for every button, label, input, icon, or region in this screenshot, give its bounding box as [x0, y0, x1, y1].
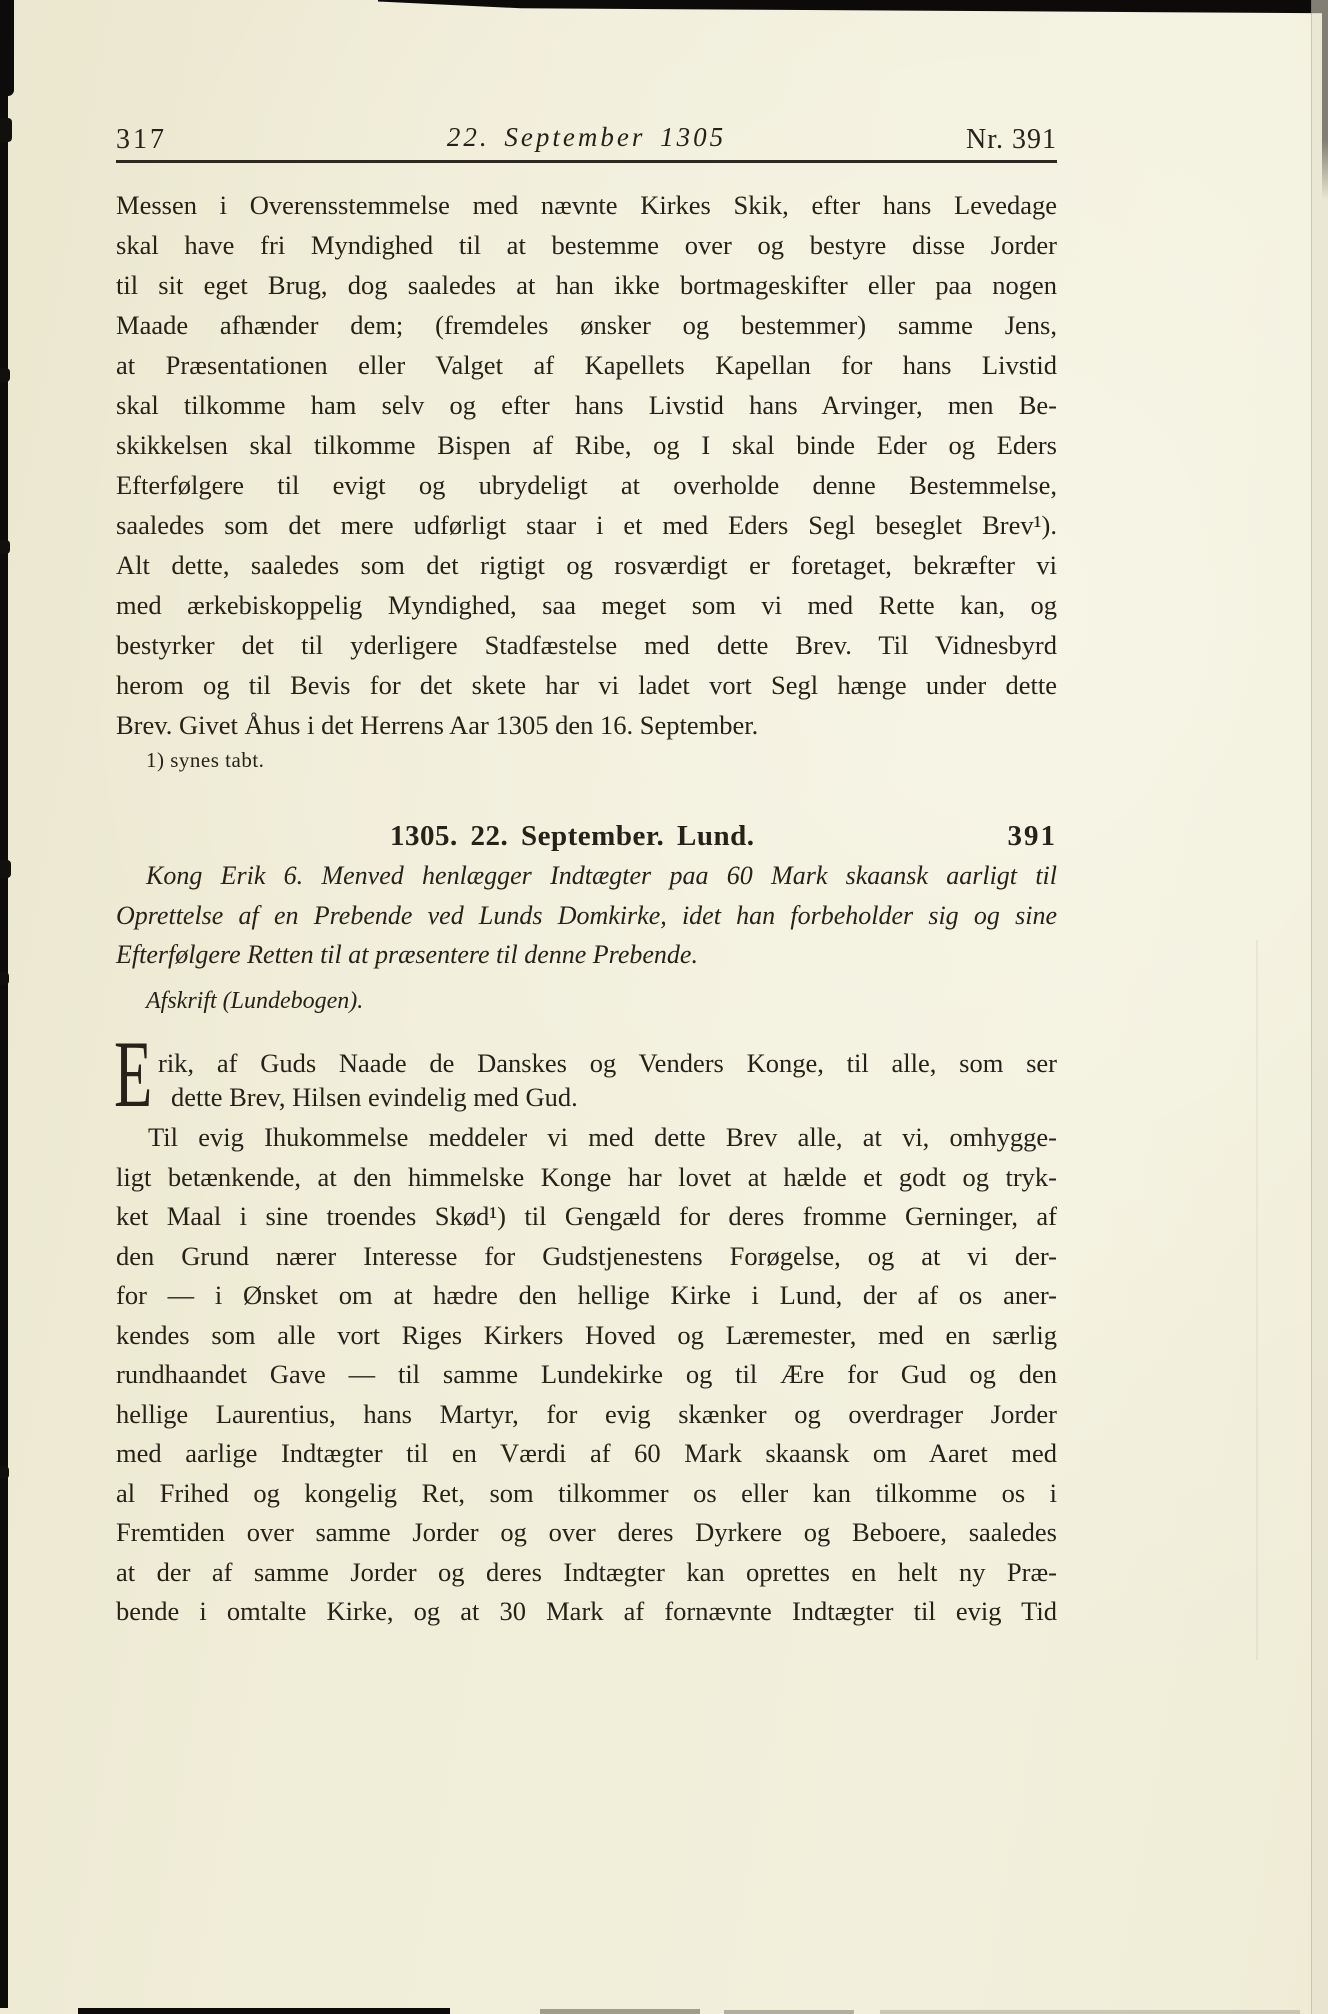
- page-edge-shadow: [1311, 0, 1328, 2014]
- text-column: 317 22. September 1305 Nr. 391 Messen i …: [116, 0, 1057, 2014]
- running-title: 22. September 1305: [447, 122, 726, 153]
- text-line: skal have fri Myndighed til at bestemme …: [116, 225, 1057, 265]
- text-line: ket Maal i sine troendes Skød¹) til Geng…: [116, 1197, 1057, 1237]
- text-line: at Præsentationen eller Valget af Kapell…: [116, 345, 1057, 385]
- scan-blemish: [0, 118, 12, 142]
- text-line: med aarlige Indtægter til en Værdi af 60…: [116, 1434, 1057, 1474]
- text-line: hellige Laurentius, hans Martyr, for evi…: [116, 1395, 1057, 1435]
- text-line: med ærkebiskoppelig Myndighed, saa meget…: [116, 585, 1057, 625]
- entry-number-label: Nr. 391: [966, 124, 1057, 156]
- entry-date-place: 1305. 22. September. Lund.: [390, 820, 755, 853]
- text-line: bestyrker det til yderligere Stadfæstels…: [116, 625, 1057, 665]
- entry-391-opening: rik, af Guds Naade de Danskes og Venders…: [116, 1046, 1057, 1114]
- scan-blemish: [0, 860, 11, 878]
- text-line: dette Brev, Hilsen evindelig med Gud.: [116, 1080, 1057, 1114]
- scan-blemish: [0, 1466, 9, 1479]
- page-header: 317 22. September 1305 Nr. 391: [116, 122, 1057, 164]
- entry-391-heading: 1305. 22. September. Lund. 391: [116, 820, 1057, 856]
- scanned-book-page: 317 22. September 1305 Nr. 391 Messen i …: [0, 0, 1328, 2014]
- scan-edge-left: [0, 0, 8, 2008]
- footnote-390: 1) synes tabt.: [146, 748, 264, 773]
- scan-blemish: [0, 540, 10, 554]
- text-line: Oprettelse af en Prebende ved Lunds Domk…: [116, 896, 1057, 936]
- text-line: rundhaandet Gave — til samme Lundekirke …: [116, 1355, 1057, 1395]
- entry-391-body: Til evig Ihukommelse meddeler vi med det…: [116, 1118, 1057, 1632]
- text-line: herom og til Bevis for det skete har vi …: [116, 665, 1057, 705]
- text-line: rik, af Guds Naade de Danskes og Venders…: [116, 1046, 1057, 1080]
- text-line: Til evig Ihukommelse meddeler vi med det…: [116, 1118, 1057, 1158]
- text-line: saaledes som det mere udførligt staar i …: [116, 505, 1057, 545]
- text-line: Kong Erik 6. Menved henlægger Indtægter …: [116, 856, 1057, 896]
- text-line: Efterfølgere til evigt og ubrydeligt at …: [116, 465, 1057, 505]
- page-number: 317: [116, 124, 167, 156]
- source-note: Afskrift (Lundebogen).: [146, 988, 363, 1015]
- entry-391-summary: Kong Erik 6. Menved henlægger Indtægter …: [116, 856, 1057, 975]
- text-line: Messen i Overensstemmelse med nævnte Kir…: [116, 185, 1057, 225]
- text-line: ligt betænkende, at den himmelske Konge …: [116, 1158, 1057, 1198]
- text-line: Brev. Givet Åhus i det Herrens Aar 1305 …: [116, 705, 1057, 745]
- scan-blemish: [0, 972, 9, 985]
- scan-edge-left-top: [0, 0, 14, 96]
- text-line: Alt dette, saaledes som det rigtigt og r…: [116, 545, 1057, 585]
- text-line: kendes som alle vort Riges Kirkers Hoved…: [116, 1316, 1057, 1356]
- text-line: skal tilkomme ham selv og efter hans Liv…: [116, 385, 1057, 425]
- text-line: Efterfølgere Retten til at præsentere ti…: [116, 935, 1057, 975]
- text-line: for — i Ønsket om at hædre den hellige K…: [116, 1276, 1057, 1316]
- text-line: til sit eget Brug, dog saaledes at han i…: [116, 265, 1057, 305]
- scan-blemish: [0, 368, 10, 382]
- text-line: bende i omtalte Kirke, og at 30 Mark af …: [116, 1592, 1057, 1632]
- entry-number: 391: [1008, 820, 1058, 853]
- header-rule: [116, 160, 1057, 163]
- text-line: at der af samme Jorder og deres Indtægte…: [116, 1553, 1057, 1593]
- entry-390-continuation: Messen i Overensstemmelse med nævnte Kir…: [116, 185, 1057, 745]
- text-line: Fremtiden over samme Jorder og over dere…: [116, 1513, 1057, 1553]
- text-line: al Frihed og kongelig Ret, som tilkommer…: [116, 1474, 1057, 1514]
- text-line: skikkelsen skal tilkomme Bispen af Ribe,…: [116, 425, 1057, 465]
- page-fold-line: [1256, 940, 1258, 1660]
- text-line: den Grund nærer Interesse for Gudstjenes…: [116, 1237, 1057, 1277]
- text-line: Maade afhænder dem; (fremdeles ønsker og…: [116, 305, 1057, 345]
